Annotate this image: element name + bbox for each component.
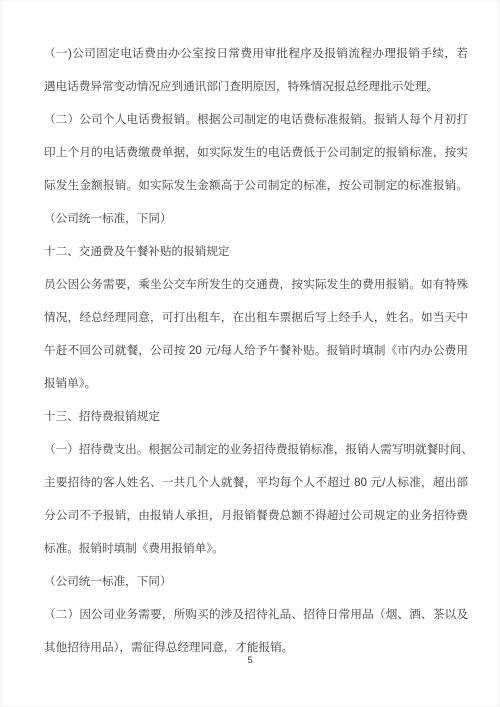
text-line: 午赶不回公司就餐，公司按 20 元/每人给予午餐补贴。报销时填制《市内办公费用 xyxy=(44,334,468,367)
text-line: 分公司不予报销，由报销人承担，月报销餐费总额不得超过公司规定的业务招待费 xyxy=(44,499,468,532)
text-line: 十二、交通费及午餐补贴的报销规定 xyxy=(44,235,468,268)
text-line: 遇电话费异常变动情况应到通讯部门查明原因，特殊情况报总经理批示处理。 xyxy=(44,70,468,103)
text-line: 印上个月的电话费缴费单据，如实际发生的电话费低于公司制定的报销标准，按实 xyxy=(44,136,468,169)
text-line: 际发生金额报销。如实际发生金额高于公司制定的标准，按公司制定的标准报销。 xyxy=(44,169,468,202)
text-line: （公司统一标准，下同） xyxy=(44,565,468,598)
document-body: （一)公司固定电话费由办公室按日常费用审批程序及报销流程办理报销手续，若遇电话费… xyxy=(44,37,468,664)
text-line: 员公因公务需要，乘坐公交车所发生的交通费，按实际发生的费用报销。如有特殊 xyxy=(44,268,468,301)
text-line: 报销单》。 xyxy=(44,367,468,400)
text-line: 情况，经总经理同意，可打出租车，在出租车票据后写上经手人，姓名。如当天中 xyxy=(44,301,468,334)
text-line: （一)公司固定电话费由办公室按日常费用审批程序及报销流程办理报销手续，若 xyxy=(44,37,468,70)
text-line: （二）公司个人电话费报销。根据公司制定的电话费标准报销。报销人每个月初打 xyxy=(44,103,468,136)
text-line: 标准。报销时填制《费用报销单》。 xyxy=(44,532,468,565)
document-page: （一)公司固定电话费由办公室按日常费用审批程序及报销流程办理报销手续，若遇电话费… xyxy=(0,0,500,707)
text-line: 十三、招待费报销规定 xyxy=(44,400,468,433)
text-line: （二）因公司业务需要，所购买的涉及招待礼品、招待日常用品（烟、酒、茶以及 xyxy=(44,598,468,631)
text-line: 主要招待的客人姓名、一共几个人就餐，平均每个人不超过 80 元/人标准，超出部 xyxy=(44,466,468,499)
page-number: 5 xyxy=(0,653,500,669)
text-line: （公司统一标准，下同） xyxy=(44,202,468,235)
text-line: （一）招待费支出。根据公司制定的业务招待费报销标准，报销人需写明就餐时间、 xyxy=(44,433,468,466)
